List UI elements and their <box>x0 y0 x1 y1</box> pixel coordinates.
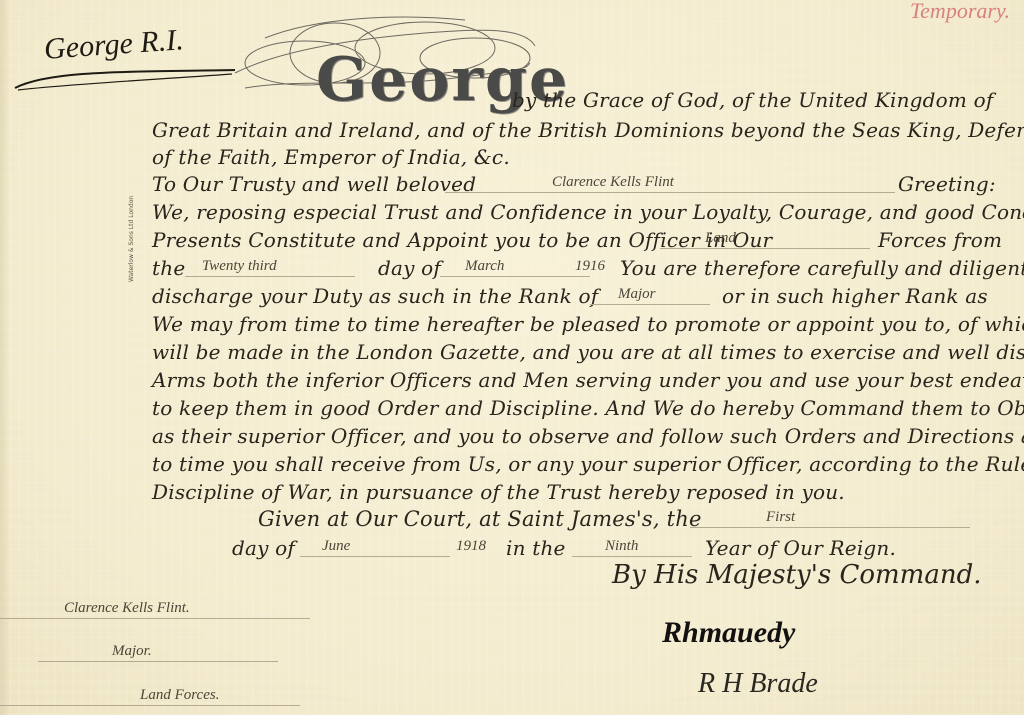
regnal-rule <box>572 556 692 557</box>
body-line-18: to time you shall receive from Us, or an… <box>152 452 1024 476</box>
forces-rule <box>660 248 870 249</box>
filled-rank: Major <box>618 286 656 303</box>
filled-commission-year: 1916 <box>575 258 605 275</box>
given-at-line: Given at Our Court, at Saint James's, th… <box>258 507 702 531</box>
name-rule <box>445 192 895 193</box>
rank-rule <box>590 304 710 305</box>
body-line-day-of: day of <box>378 256 441 280</box>
filled-given-day: First <box>766 509 795 526</box>
filled-given-year: 1918 <box>456 538 486 555</box>
by-majestys-command: By His Majesty's Command. <box>612 560 981 590</box>
signature-countersign: R H Brade <box>698 668 818 700</box>
body-line-the: the <box>152 256 185 280</box>
body-line-14: will be made in the London Gazette, and … <box>152 340 1024 364</box>
temporary-stamp: Temporary. <box>910 0 1010 24</box>
body-line-higher-rank: or in such higher Rank as <box>722 284 988 308</box>
body-line-15: Arms both the inferior Officers and Men … <box>152 368 1024 392</box>
day-rule <box>185 276 355 277</box>
endorse-forces-rule <box>0 705 300 706</box>
endorse-forces: Land Forces. <box>140 687 219 704</box>
body-line-1: by the Grace of God, of the United Kingd… <box>512 88 993 112</box>
endorse-name-rule <box>0 618 310 619</box>
body-line-19: Discipline of War, in pursuance of the T… <box>152 480 845 504</box>
given-day-of: day of <box>232 536 295 560</box>
body-line-2: Great Britain and Ireland, and of the Br… <box>152 118 1024 142</box>
endorse-name: Clarence Kells Flint. <box>64 600 190 617</box>
endorse-rank-rule <box>38 661 278 662</box>
filled-regnal-year: Ninth <box>605 538 638 555</box>
filled-commission-month: March <box>465 258 504 275</box>
body-line-rank: discharge your Duty as such in the Rank … <box>152 284 598 308</box>
filled-forces: Land <box>705 230 736 247</box>
endorse-rank: Major. <box>112 643 152 660</box>
given-day-rule <box>690 527 970 528</box>
body-line-3: of the Faith, Emperor of India, &c. <box>152 145 510 169</box>
body-line-4: To Our Trusty and well beloved <box>152 172 476 196</box>
greeting: Greeting: <box>898 172 996 196</box>
month-rule <box>440 276 590 277</box>
body-line-13: We may from time to time hereafter be pl… <box>152 312 1024 336</box>
filled-given-month: June <box>322 538 350 555</box>
body-line-16: to keep them in good Order and Disciplin… <box>152 396 1024 420</box>
body-line-5: We, reposing especial Trust and Confiden… <box>152 200 1024 224</box>
printer-imprint: Waterlow & Sons Ltd London <box>128 196 135 282</box>
body-line-17: as their superior Officer, and you to ob… <box>152 424 1024 448</box>
signature-flourish-icon <box>10 60 240 95</box>
forces-from: Forces from <box>878 228 1002 252</box>
given-month-rule <box>300 556 450 557</box>
year-of-reign: Year of Our Reign. <box>705 536 896 560</box>
given-in-the: in the <box>506 536 566 560</box>
body-line-therefore: You are therefore carefully and diligent… <box>620 256 1024 280</box>
filled-name: Clarence Kells Flint <box>552 174 674 191</box>
filled-commission-day: Twenty third <box>202 258 277 275</box>
paper-edge-shadow <box>0 0 10 715</box>
signature-secretary: Rhmauedy <box>662 616 795 650</box>
